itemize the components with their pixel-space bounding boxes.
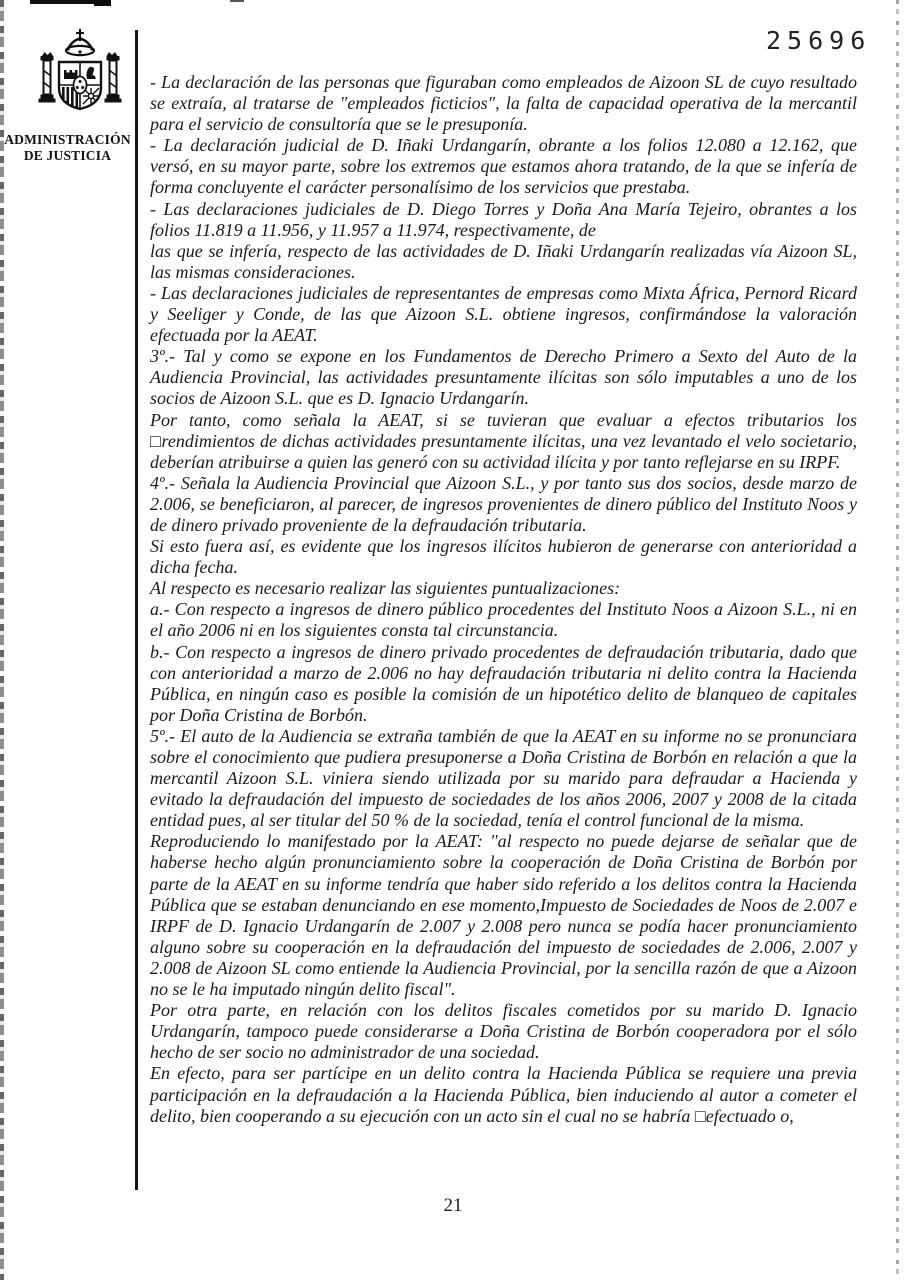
paragraph: Si esto fuera así, es evidente que los i…: [150, 536, 857, 578]
paragraph: - La declaración judicial de D. Iñaki Ur…: [150, 135, 857, 198]
scanned-court-document-page: { "page": { "folio_number": "25696", "pa…: [0, 0, 906, 1280]
paragraph: 3º.- Tal y como se expone en los Fundame…: [150, 346, 857, 409]
paragraph: a.- Con respecto a ingresos de dinero pú…: [150, 599, 857, 641]
paragraph: - Las declaraciones judiciales de repres…: [150, 283, 857, 346]
paragraph: Por tanto, como señala la AEAT, si se tu…: [150, 410, 857, 473]
page-number: 21: [0, 1195, 906, 1217]
paragraph: Reproduciendo lo manifestado por la AEAT…: [150, 831, 857, 1000]
paragraph: Al respecto es necesario realizar las si…: [150, 578, 857, 599]
org-name-line1: ADMINISTRACIÓN: [2, 132, 133, 148]
document-body: - La declaración de las personas que fig…: [150, 72, 857, 1127]
scan-artifact-right-edge: [896, 0, 899, 1280]
paragraph: Por otra parte, en relación con los deli…: [150, 1000, 857, 1063]
paragraph: 5º.- El auto de la Audiencia se extraña …: [150, 726, 857, 831]
paragraph: - La declaración de las personas que fig…: [150, 72, 857, 135]
justice-admin-sidebar: ADMINISTRACIÓN DE JUSTICIA: [0, 0, 135, 300]
org-name: ADMINISTRACIÓN DE JUSTICIA: [2, 132, 133, 163]
scan-artifact-top-mark: [230, 0, 244, 2]
paragraph: 4º.- Señala la Audiencia Provincial que …: [150, 473, 857, 536]
paragraph: En efecto, para ser partícipe en un deli…: [150, 1063, 857, 1126]
paragraph: las que se infería, respecto de las acti…: [150, 241, 857, 283]
sidebar-divider-rule: [135, 30, 138, 1190]
org-name-line2: DE JUSTICIA: [2, 148, 133, 164]
spanish-coat-of-arms-icon: [35, 26, 125, 139]
paragraph: b.- Con respecto a ingresos de dinero pr…: [150, 642, 857, 726]
paragraph: - Las declaraciones judiciales de D. Die…: [150, 199, 857, 241]
folio-number: 25696: [766, 26, 866, 55]
